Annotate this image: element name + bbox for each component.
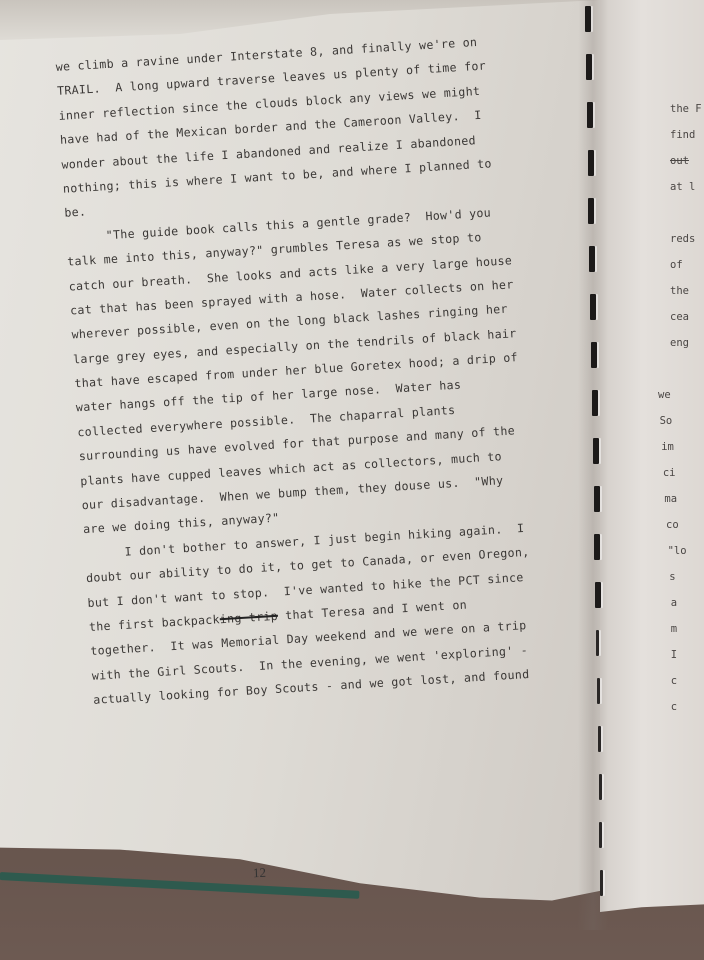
- binding-coil: [592, 390, 598, 416]
- left-page-body-text: we climb a ravine under Interstate 8, an…: [55, 25, 593, 712]
- binding-coil: [591, 342, 597, 368]
- right-page-line-fragment: I: [671, 642, 702, 668]
- right-page-line-fragment: of: [670, 252, 702, 278]
- right-page-line-fragment: [670, 200, 702, 226]
- right-page-line-fragment: So: [660, 408, 702, 434]
- right-page-line-fragment: cea: [670, 304, 702, 330]
- struck-through-text: ing trip: [219, 609, 278, 626]
- binding-coil: [590, 294, 596, 320]
- binding-coil: [588, 198, 594, 224]
- binding-coil: [589, 246, 595, 272]
- right-page-line-fragment: ci: [663, 460, 702, 486]
- right-page-line-fragment: s: [669, 564, 701, 590]
- right-page-line-fragment: c: [671, 668, 702, 694]
- right-page-line-fragment: we: [658, 382, 702, 408]
- binding-coil: [593, 438, 599, 464]
- spiral-binding: [582, 0, 612, 920]
- text-segment: the first backpack: [89, 612, 221, 634]
- binding-coil: [587, 102, 593, 128]
- binding-coil: [588, 150, 594, 176]
- right-page-line-fragment: ma: [664, 486, 701, 512]
- binding-coil: [596, 630, 599, 656]
- right-page-line-fragment: c: [671, 694, 702, 720]
- right-page-line-fragment: find: [670, 122, 702, 148]
- binding-coil: [595, 582, 601, 608]
- right-page-line-fragment: [670, 356, 702, 382]
- right-page-line-fragment: at l: [670, 174, 702, 200]
- binding-coil: [600, 870, 603, 896]
- right-page-line-fragment: "lo: [668, 538, 702, 564]
- binding-coil: [598, 726, 601, 752]
- binding-coil: [599, 774, 602, 800]
- right-page-text-fragments: the Ffindoutat lredsoftheceaengweSoimcim…: [670, 96, 702, 720]
- binding-coil: [599, 822, 602, 848]
- right-page-line-fragment: im: [661, 434, 701, 460]
- binding-coil: [586, 54, 592, 80]
- page-number: 12: [253, 865, 267, 881]
- right-page-line-fragment: eng: [670, 330, 702, 356]
- right-page-line-fragment: reds: [670, 226, 702, 252]
- right-page-line-fragment: out: [670, 148, 702, 174]
- right-page-line-fragment: co: [666, 512, 702, 538]
- right-page-line-fragment: the: [670, 278, 702, 304]
- binding-coil: [585, 6, 591, 32]
- binding-coil: [597, 678, 600, 704]
- right-page-line-fragment: a: [671, 590, 702, 616]
- right-page-line-fragment: the F: [670, 96, 702, 122]
- right-page-line-fragment: m: [671, 616, 702, 642]
- binding-coil: [594, 486, 600, 512]
- binding-coil: [594, 534, 600, 560]
